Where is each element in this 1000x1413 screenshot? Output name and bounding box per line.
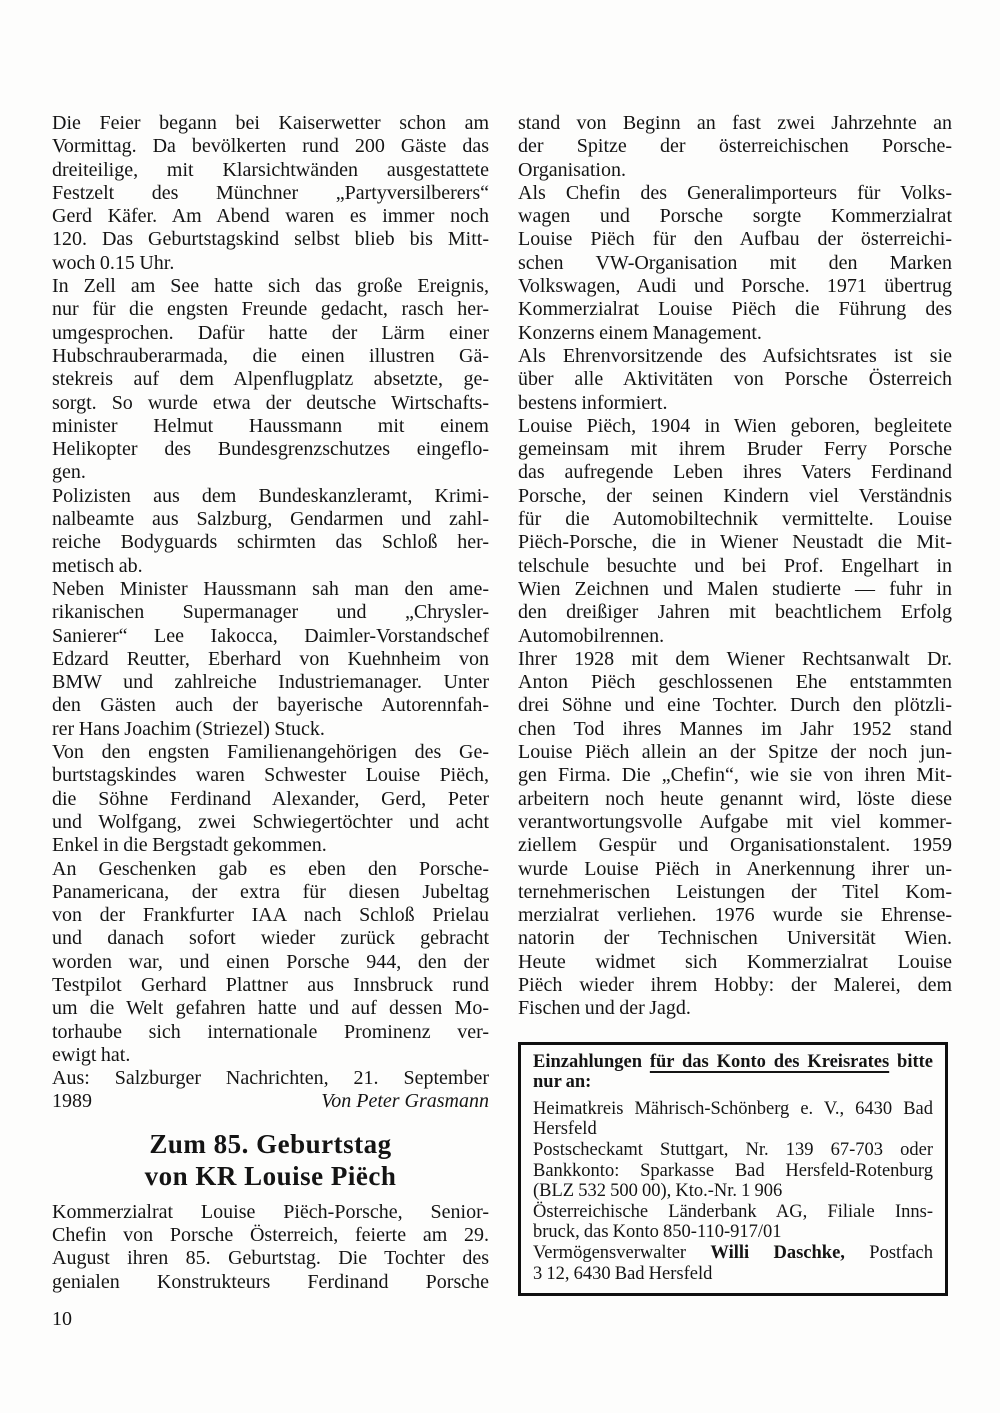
text-line: Testpilot Gerhard Plattner aus Innsbruck… [52,974,489,997]
text-line: ewigt hat. [52,1044,489,1067]
text-line: ternehmerischen Leistungen der Titel Kom… [518,881,952,904]
source-year: 1989 [52,1090,92,1113]
text-line: genialen Konstrukteurs Ferdinand Porsche [52,1271,489,1294]
text-line: Louise Piëch für den Aufbau der österrei… [518,228,952,251]
text-line: Wien Zeichnen und Malen studierte — fuhr… [518,578,952,601]
text-line: Als Chefin des Generalimporteurs für Vol… [518,182,952,205]
text-line: verantwortungsvolle Aufgabe mit viel kom… [518,811,952,834]
text-line: Louise Piëch, 1904 in Wien geboren, begl… [518,415,952,438]
text-line: Helikopter des Bundesgrenzschutzes einge… [52,438,489,461]
text-line: gen. [52,461,489,484]
text-line: die Söhne Ferdinand Alexander, Gerd, Pet… [52,788,489,811]
text-line: Kommerzialrat Louise Piëch-Porsche, Seni… [52,1201,489,1224]
text-line: An Geschenken gab es eben den Porsche- [52,858,489,881]
text-line: Vermögensverwalter Willi Daschke, Postfa… [533,1243,933,1264]
text-line: dreiteilige, mit Klarsichtwänden ausgest… [52,159,489,182]
text-line: ziellem Gespür und Organisationstalent. … [518,834,952,857]
text-line: bruck, das Konto 850-110-917/01 [533,1222,933,1243]
text-line: (BLZ 532 500 00), Kto.-Nr. 1 906 [533,1181,933,1202]
text-line: Ihrer 1928 mit dem Wiener Rechtsanwalt D… [518,648,952,671]
text-line: Organisation. [518,159,952,182]
text-line: Piëch wieder ihrem Hobby: der Malerei, d… [518,974,952,997]
text-line: Hubschrauberarmada, die einen illustren … [52,345,489,368]
text-line: sorgt. So wurde etwa der deutsche Wirtsc… [52,392,489,415]
text-line: den dreißiger Jahren mit beachtlichem Er… [518,601,952,624]
text-line: nalbeamte aus Salzburg, Gendarmen und za… [52,508,489,531]
article-body-left: Die Feier begann bei Kaiserwetter schon … [52,112,489,1067]
article-body-right: stand von Beginn an fast zwei Jahrzehnte… [518,112,952,1021]
text-line: Anton Piëch geschlossenen Ehe entstammte… [518,671,952,694]
text-line: chen Tod ihres Mannes im Jahr 1952 stand [518,718,952,741]
text-line: arbeitern noch heute genannt wird, löste… [518,788,952,811]
text-line: und danach sofort wieder zurück gebracht [52,927,489,950]
text-line: 3 12, 6430 Bad Hersfeld [533,1264,933,1285]
text-line: merzialrat verliehen. 1976 wurde sie Ehr… [518,904,952,927]
text-line: gemeinsam mit ihrem Bruder Ferry Porsche [518,438,952,461]
text-line: wagen und Porsche sorgte Kommerzialrat [518,205,952,228]
text-line: rikanischen Supermanager und „Chrysler- [52,601,489,624]
infobox-heading-text: Einzahlungen [533,1052,650,1072]
text-line: Die Feier begann bei Kaiserwetter schon … [52,112,489,135]
right-column: stand von Beginn an fast zwei Jahrzehnte… [518,112,952,1296]
text-line: Bankkonto: Sparkasse Bad Hersfeld-Rotenb… [533,1161,933,1182]
article-title-line1: Zum 85. Geburtstag [52,1128,489,1160]
text-line: Von den engsten Familienangehörigen des … [52,741,489,764]
text-line: natorin der Technischen Universität Wien… [518,927,952,950]
text-line: umgesprochen. Dafür hatte der Lärm einer [52,322,489,345]
text-line: bestens informiert. [518,392,952,415]
infobox-body: Heimatkreis Mährisch-Schönberg e. V., 64… [533,1099,933,1284]
byline: Von Peter Grasmann [321,1090,489,1113]
infobox-heading-line1: Einzahlungen für das Konto des Kreisrate… [533,1052,933,1073]
text-line: Kommerzialrat Louise Piëch die Führung d… [518,298,952,321]
text-line: Porsche, der seinen Kindern viel Verstän… [518,485,952,508]
text-line: Automobilrennen. [518,625,952,648]
text-line: reiche Bodyguards schirmten das Schloß h… [52,531,489,554]
text-line: Sanierer“ Lee Iakocca, Daimler-Vorstands… [52,625,489,648]
text-line: gen Firma. Die „Chefin“, wie sie von ihr… [518,764,952,787]
article-title-line2: von KR Louise Piëch [52,1160,489,1192]
text-line: der Spitze der österreichischen Porsche- [518,135,952,158]
text-line: Konzerns einem Management. [518,322,952,345]
text-line: nur für die engsten Freunde gedacht, ras… [52,298,489,321]
text-line: Neben Minister Haussmann sah man den ame… [52,578,489,601]
text-line: Als Ehrenvorsitzende des Aufsichtsrates … [518,345,952,368]
text-line: metisch ab. [52,555,489,578]
magazine-page: Die Feier begann bei Kaiserwetter schon … [0,0,1000,1413]
text-line: minister Helmut Haussmann mit einem [52,415,489,438]
text-line: drei Söhne und eine Tochter. Durch den p… [518,694,952,717]
text-segment: Willi Daschke, [710,1243,845,1263]
text-line: wurde Louise Piëch in Anerkennung ihrer … [518,858,952,881]
left-column: Die Feier begann bei Kaiserwetter schon … [52,112,489,1294]
text-line: Österreichische Länderbank AG, Filiale I… [533,1202,933,1223]
text-line: Panamericana, der extra für diesen Jubel… [52,881,489,904]
text-line: den Gästen auch der bayerische Autorennf… [52,694,489,717]
text-line: torhaube sich internationale Prominenz v… [52,1021,489,1044]
text-line: Piëch-Porsche, die in Wiener Neustadt di… [518,531,952,554]
text-line: stand von Beginn an fast zwei Jahrzehnte… [518,112,952,135]
text-line: Postscheckamt Stuttgart, Nr. 139 67-703 … [533,1140,933,1161]
infobox-heading-underlined-text: für das Konto des Kreisrates [650,1052,889,1072]
text-line: das aufregende Leben ihres Vaters Ferdin… [518,461,952,484]
source-attribution-line: Aus: Salzburger Nachrichten, 21. Septemb… [52,1067,489,1090]
text-line: Volkswagen, Audi und Porsche. 1971 übert… [518,275,952,298]
text-line: Hersfeld [533,1119,933,1140]
text-line: Heute widmet sich Kommerzialrat Louise [518,951,952,974]
text-line: August ihren 85. Geburtstag. Die Tochter… [52,1247,489,1270]
text-line: Louise Piëch allein an der Spitze der no… [518,741,952,764]
text-line: für die Automobiltechnik vermittelte. Lo… [518,508,952,531]
infobox-heading-text-suffix: bitte [889,1052,933,1072]
text-line: von der Frankfurter IAA nach Schloß Prie… [52,904,489,927]
text-line: burtstagskindes waren Schwester Louise P… [52,764,489,787]
text-segment: Postfach [845,1243,933,1263]
text-line: Enkel in die Bergstadt gekommen. [52,834,489,857]
text-line: rer Hans Joachim (Striezel) Stuck. [52,718,489,741]
text-line: Gerd Käfer. Am Abend waren es immer noch [52,205,489,228]
text-line: worden war, und einen Porsche 944, den d… [52,951,489,974]
byline-row: 1989 Von Peter Grasmann [52,1090,489,1113]
text-line: und Wolfgang, zwei Schwiegertöchter und … [52,811,489,834]
text-line: Vormittag. Da bevölkerten rund 200 Gäste… [52,135,489,158]
page-number: 10 [52,1308,72,1331]
text-line: Heimatkreis Mährisch-Schönberg e. V., 64… [533,1099,933,1120]
infobox-heading: Einzahlungen für das Konto des Kreisrate… [533,1052,933,1093]
text-line: 120. Das Geburtstagskind selbst blieb bi… [52,228,489,251]
text-line: Chefin von Porsche Österreich, feierte a… [52,1224,489,1247]
text-line: um die Welt gefahren hatte und auf desse… [52,997,489,1020]
text-line: BMW und zahlreiche Industriemanager. Unt… [52,671,489,694]
text-line: über alle Aktivitäten von Porsche Österr… [518,368,952,391]
text-line: telschule besuchte und bei Prof. Engelha… [518,555,952,578]
text-line: In Zell am See hatte sich das große Erei… [52,275,489,298]
text-line: Festzelt des Münchner „Partyversilberers… [52,182,489,205]
text-line: Edzard Reutter, Eberhard von Kuehnheim v… [52,648,489,671]
article-body-left-tail: Kommerzialrat Louise Piëch-Porsche, Seni… [52,1201,489,1294]
text-line: schen VW-Organisation mit den Marken [518,252,952,275]
text-line: Polizisten aus dem Bundeskanzleramt, Kri… [52,485,489,508]
article-title: Zum 85. Geburtstag von KR Louise Piëch [52,1128,489,1192]
text-segment: Vermögensverwalter [533,1243,710,1263]
infobox-heading-line2: nur an: [533,1072,933,1093]
text-line: stekreis auf dem Alpenflugplatz absetzte… [52,368,489,391]
text-line: Fischen und der Jagd. [518,997,952,1020]
payment-info-box: Einzahlungen für das Konto des Kreisrate… [518,1042,948,1297]
text-line: woch 0.15 Uhr. [52,252,489,275]
